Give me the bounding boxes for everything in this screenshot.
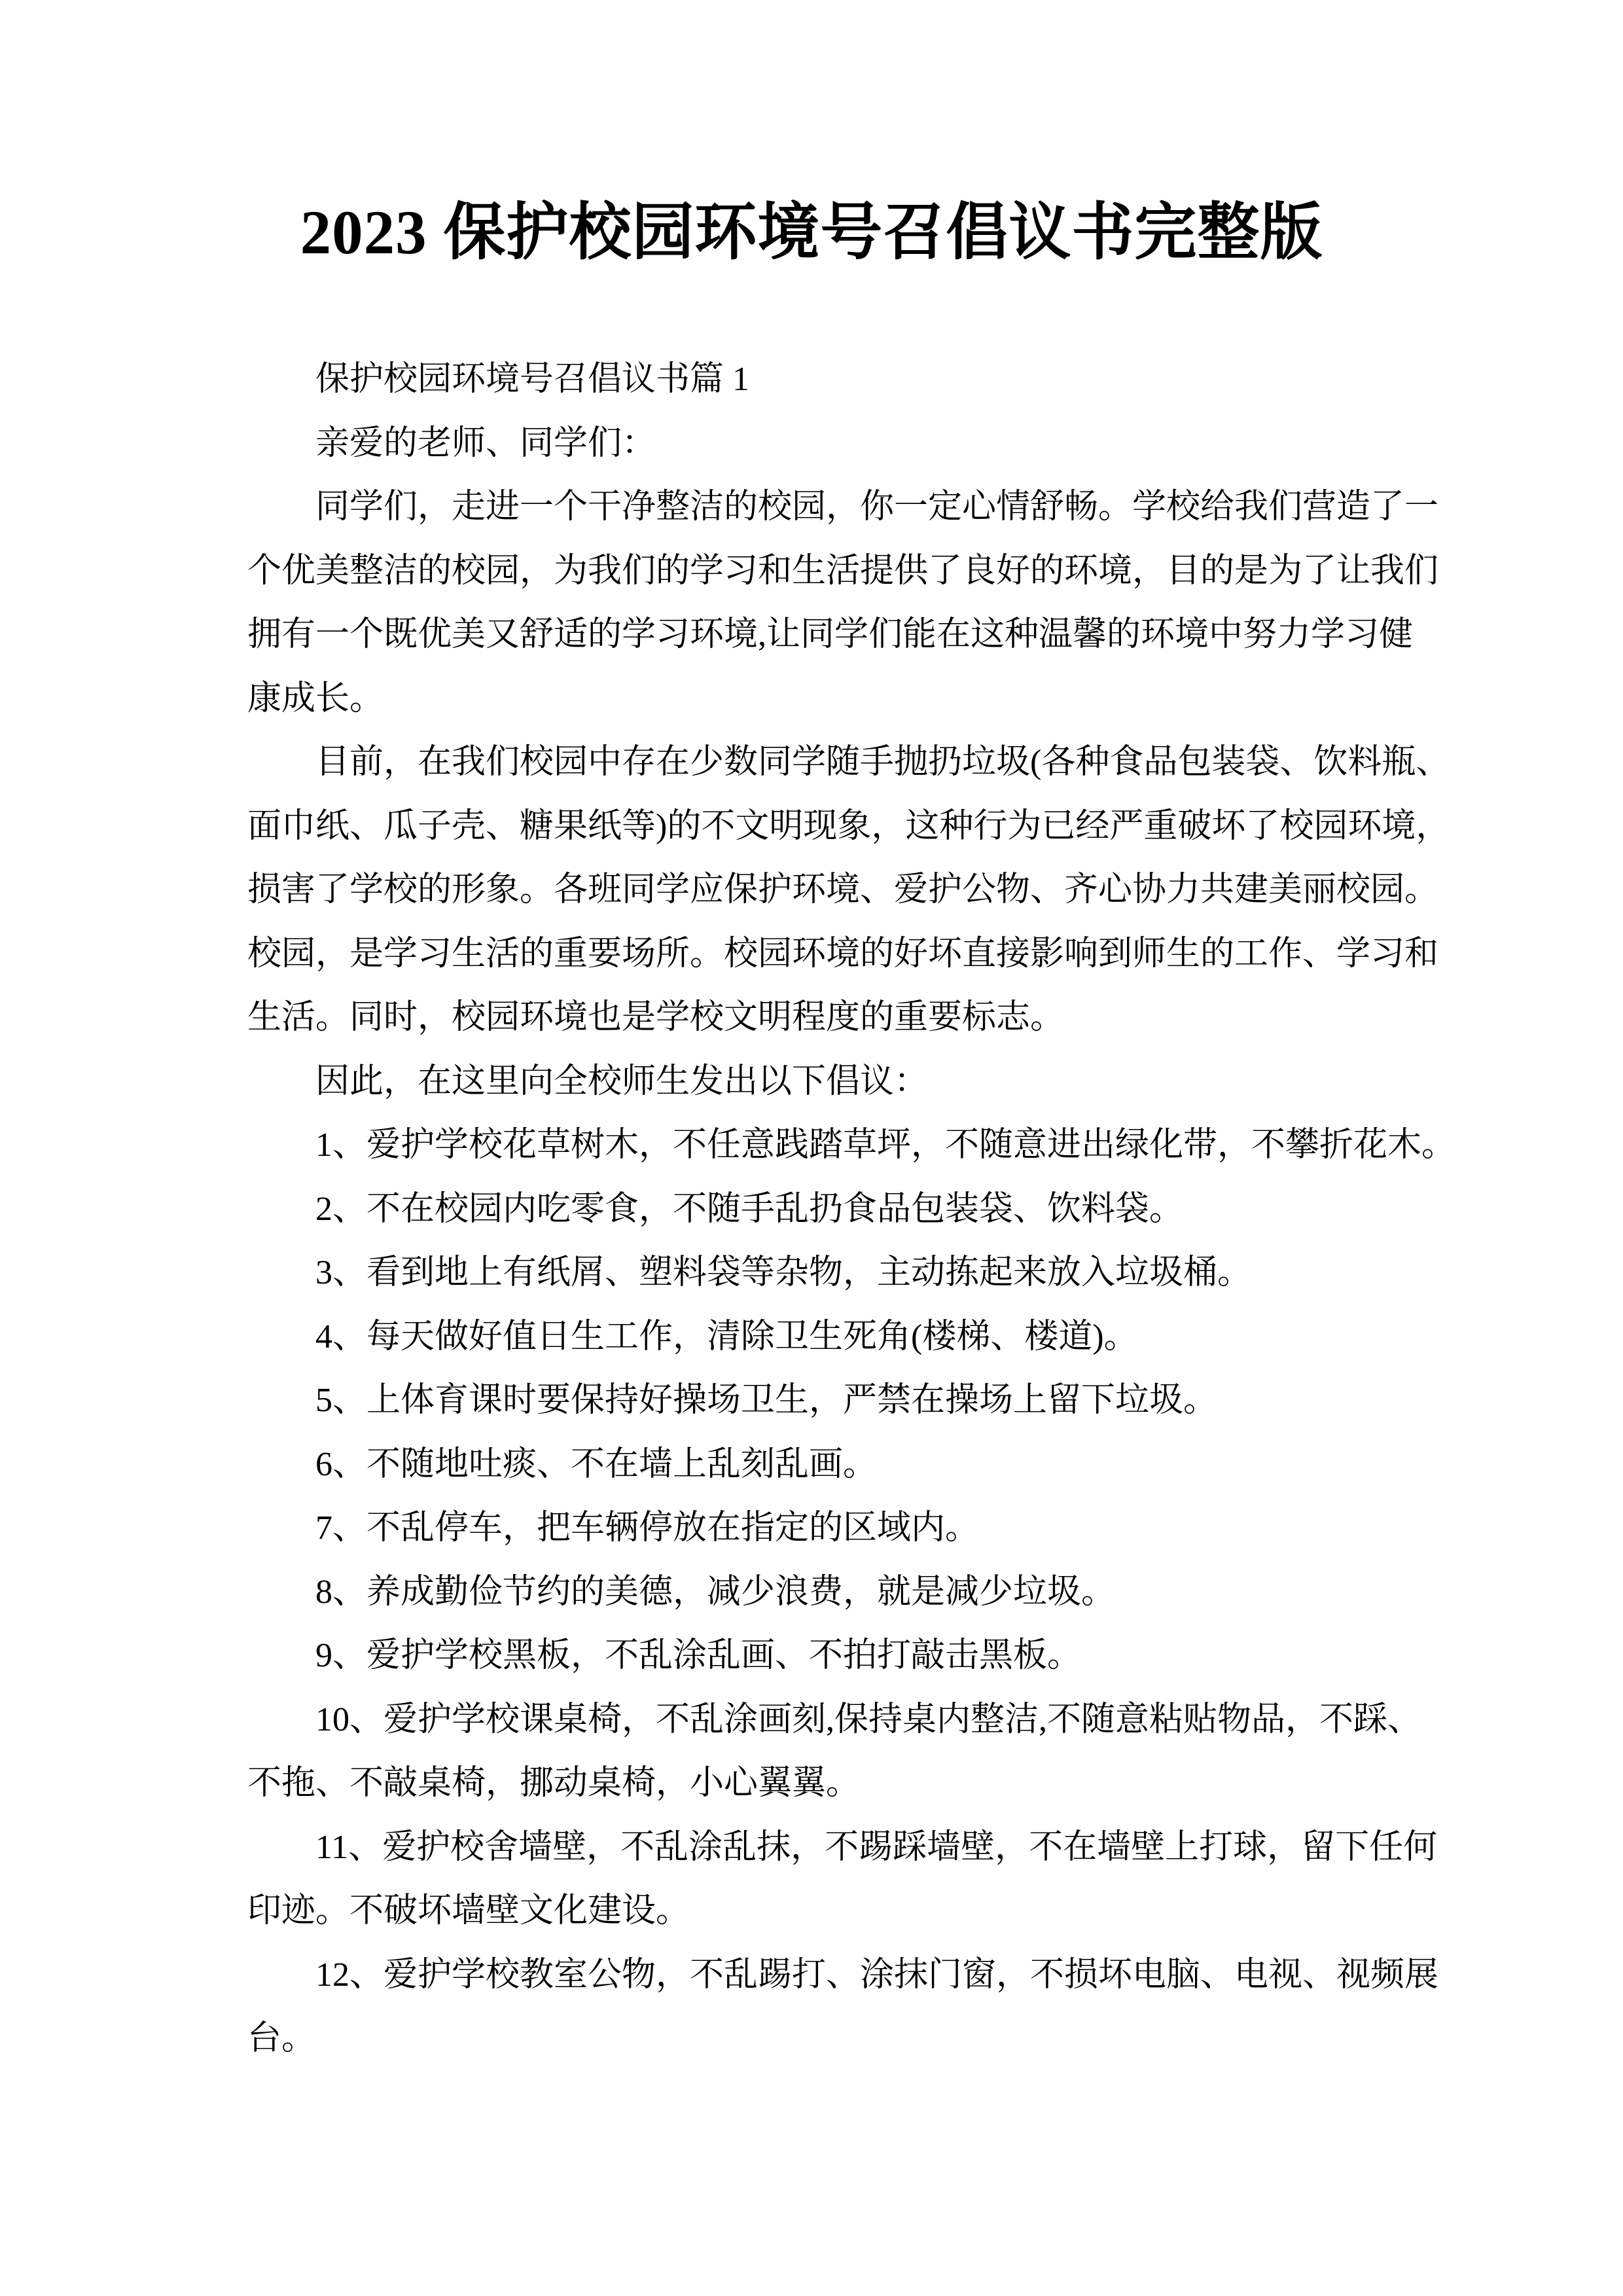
text-line: 2、不在校园内吃零食，不随手乱扔食品包装袋、饮料袋。 <box>247 1177 1484 1242</box>
text-line: 台。 <box>247 2007 1484 2071</box>
text-line: 亲爱的老师、同学们： <box>247 412 1484 476</box>
text-line: 康成长。 <box>247 667 1484 731</box>
text-line: 9、爱护学校黑板，不乱涂乱画、不拍打敲击黑板。 <box>247 1624 1484 1688</box>
text-line: 保护校园环境号召倡议书篇 1 <box>247 348 1484 412</box>
text-line: 印迹。不破坏墙壁文化建设。 <box>247 1879 1484 1943</box>
text-line: 1、爱护学校花草树木，不任意践踏草坪，不随意进出绿化带，不攀折花木。 <box>247 1113 1484 1177</box>
text-line: 4、每天做好值日生工作，清除卫生死角(楼梯、楼道)。 <box>247 1305 1484 1369</box>
text-line: 3、看到地上有纸屑、塑料袋等杂物，主动拣起来放入垃圾桶。 <box>247 1241 1484 1305</box>
text-line: 7、不乱停车，把车辆停放在指定的区域内。 <box>247 1496 1484 1560</box>
text-line: 损害了学校的形象。各班同学应保护环境、爱护公物、齐心协力共建美丽校园。 <box>247 858 1484 922</box>
text-line: 12、爱护学校教室公物，不乱踢打、涂抹门窗，不损坏电脑、电视、视频展 <box>247 1943 1484 2007</box>
document-body: 保护校园环境号召倡议书篇 1亲爱的老师、同学们：同学们，走进一个干净整洁的校园，… <box>247 348 1484 2071</box>
text-line: 个优美整洁的校园，为我们的学习和生活提供了良好的环境，目的是为了让我们 <box>247 539 1484 603</box>
text-line: 10、爱护学校课桌椅，不乱涂画刻,保持桌内整洁,不随意粘贴物品，不踩、 <box>247 1688 1484 1752</box>
text-line: 8、养成勤俭节约的美德，减少浪费，就是减少垃圾。 <box>247 1560 1484 1624</box>
text-line: 6、不随地吐痰、不在墙上乱刻乱画。 <box>247 1433 1484 1497</box>
text-line: 面巾纸、瓜子壳、糖果纸等)的不文明现象，这种行为已经严重破坏了校园环境， <box>247 795 1484 859</box>
document-title: 2023 保护校园环境号召倡议书完整版 <box>0 194 1623 272</box>
text-line: 目前，在我们校园中存在少数同学随手抛扔垃圾(各种食品包装袋、饮料瓶、 <box>247 730 1484 795</box>
text-line: 不拖、不敲桌椅，挪动桌椅，小心翼翼。 <box>247 1751 1484 1816</box>
text-line: 同学们，走进一个干净整洁的校园，你一定心情舒畅。学校给我们营造了一 <box>247 475 1484 539</box>
text-line: 11、爱护校舍墙壁，不乱涂乱抹，不踢踩墙壁，不在墙壁上打球，留下任何 <box>247 1816 1484 1880</box>
text-line: 5、上体育课时要保持好操场卫生，严禁在操场上留下垃圾。 <box>247 1369 1484 1433</box>
text-line: 校园，是学习生活的重要场所。校园环境的好坏直接影响到师生的工作、学习和 <box>247 922 1484 986</box>
text-line: 拥有一个既优美又舒适的学习环境,让同学们能在这种温馨的环境中努力学习健 <box>247 603 1484 667</box>
text-line: 生活。同时，校园环境也是学校文明程度的重要标志。 <box>247 986 1484 1050</box>
document-page: 2023 保护校园环境号召倡议书完整版 保护校园环境号召倡议书篇 1亲爱的老师、… <box>0 0 1623 2296</box>
text-line: 因此，在这里向全校师生发出以下倡议： <box>247 1050 1484 1114</box>
